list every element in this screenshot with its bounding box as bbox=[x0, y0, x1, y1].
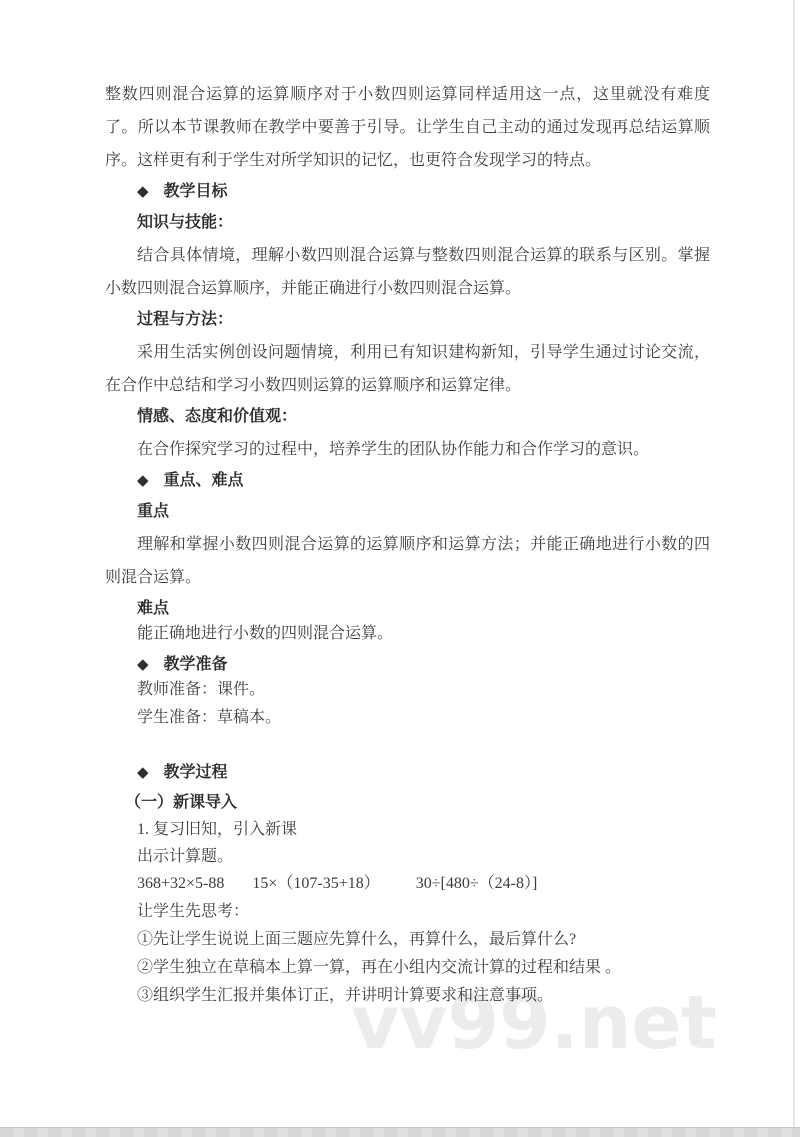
label-key-point: 重点 bbox=[105, 495, 710, 528]
paragraph-key-point: 理解和掌握小数四则混合运算的运算顺序和运算方法；并能正确地进行小数的四则混合运算… bbox=[105, 528, 710, 594]
label-difficult-point: 难点 bbox=[105, 595, 710, 623]
label-process-method: 过程与方法： bbox=[105, 303, 710, 336]
line-step-1: ①先让学生说说上面三题应先算什么，再算什么，最后算什么? bbox=[105, 926, 710, 954]
heading-teaching-preparation: ◆教学准备 bbox=[105, 651, 710, 679]
equation-1: 368+32×5-88 bbox=[137, 875, 224, 892]
label-knowledge-skills: 知识与技能： bbox=[105, 206, 710, 239]
paragraph-knowledge-skills: 结合具体情境，理解小数四则混合运算与整数四则混合运算的联系与区别。掌握小数四则混… bbox=[105, 239, 710, 305]
page: vv99.net 整数四则混合运算的运算顺序对于小数四则运算同样适用这一点，这里… bbox=[0, 0, 800, 1137]
line-think-first: 让学生先思考： bbox=[105, 898, 710, 926]
line-student-preparation: 学生准备：草稿本。 bbox=[105, 704, 710, 732]
diamond-icon: ◆ bbox=[137, 651, 149, 679]
paragraph-process-method: 采用生活实例创设问题情境，利用已有知识建构新知，引导学生通过讨论交流，在合作中总… bbox=[105, 336, 710, 402]
heading-teaching-procedure-label: 教学过程 bbox=[164, 764, 228, 781]
paragraph-intro: 整数四则混合运算的运算顺序对于小数四则运算同样适用这一点，这里就没有难度了。所以… bbox=[105, 78, 710, 177]
paragraph-emotion-values: 在合作探究学习的过程中，培养学生的团队协作能力和合作学习的意识。 bbox=[105, 433, 710, 466]
document-viewer: { "glyphs": { "diamond": "◆" }, "waterma… bbox=[0, 0, 800, 1137]
heading-key-difficult: ◆重点、难点 bbox=[105, 464, 710, 497]
heading-key-difficult-label: 重点、难点 bbox=[164, 472, 244, 489]
document-body: 整数四则混合运算的运算顺序对于小数四则运算同样适用这一点，这里就没有难度了。所以… bbox=[0, 0, 800, 1010]
line-review-old-knowledge: 1. 复习旧知，引入新课 bbox=[105, 816, 710, 844]
heading-new-lesson-intro: （一）新课导入 bbox=[105, 789, 710, 817]
equation-2: 15×（107-35+18） bbox=[252, 875, 379, 892]
heading-teaching-objectives: ◆教学目标 bbox=[105, 175, 710, 208]
label-emotion-values: 情感、态度和价值观： bbox=[105, 400, 710, 433]
line-step-2: ②学生独立在草稿本上算一算，再在小组内交流计算的过程和结果 。 bbox=[105, 954, 710, 982]
heading-teaching-objectives-label: 教学目标 bbox=[164, 183, 228, 200]
heading-teaching-procedure: ◆教学过程 bbox=[105, 759, 710, 787]
paragraph-difficult-point: 能正确地进行小数的四则混合运算。 bbox=[105, 620, 710, 648]
line-teacher-preparation: 教师准备：课件。 bbox=[105, 676, 710, 704]
line-show-problems: 出示计算题。 bbox=[105, 843, 710, 871]
line-step-3: ③组织学生汇报并集体订正，并讲明计算要求和注意事项。 bbox=[105, 982, 710, 1010]
diamond-icon: ◆ bbox=[137, 175, 149, 208]
page-bottom-gap bbox=[0, 1127, 800, 1137]
diamond-icon: ◆ bbox=[137, 464, 149, 497]
line-equations: 368+32×5-8815×（107-35+18）30÷[480÷（24-8）] bbox=[105, 870, 710, 898]
equation-3: 30÷[480÷（24-8）] bbox=[416, 875, 538, 892]
diamond-icon: ◆ bbox=[137, 759, 149, 787]
heading-teaching-preparation-label: 教学准备 bbox=[164, 656, 228, 673]
